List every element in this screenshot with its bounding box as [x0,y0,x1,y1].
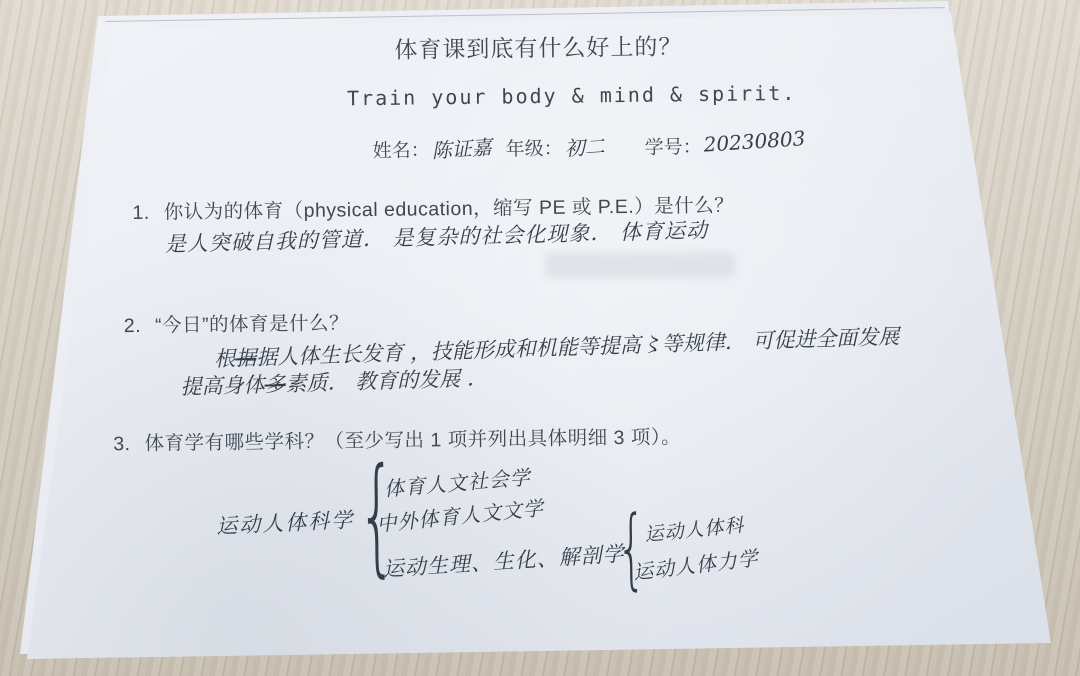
question-3-text: 体育学有哪些学科？（至少写出 1 项并列出具体明细 3 项）。 [144,426,681,455]
question-2-text: “今日”的体育是什么？ [155,312,349,336]
worksheet-content: 体育课到底有什么好上的？ Train your body & mind & sp… [0,0,1080,676]
diagram-branch1-item: 运动生理、生化、解剖学 [382,538,625,584]
student-info-row: 姓名： 陈证嘉 年级： 初二 学号： 20230803 [372,131,819,163]
diagram-root-label: 运动人体科学 [216,504,355,540]
answer-2-line-2-prefix: 提高身体 [180,373,265,399]
diagram-branch2-item: 运动人体科 [643,510,745,547]
diagram-branch2-item: 运动人体力学 [631,542,760,586]
question-2: 2.“今日”的体育是什么？ [124,307,350,338]
worksheet-title: 体育课到底有什么好上的？ [394,28,682,65]
question-3-number: 3. [113,433,131,455]
question-1-number: 1. [132,202,150,224]
grade-label: 年级： [506,134,563,162]
answer-2-line-1-prefix: 根 [214,346,236,371]
grade-value: 初二 [564,130,606,162]
name-value: 陈证嘉 [431,131,493,164]
worksheet-subtitle: Train your body & mind & spirit. [347,81,797,110]
student-id-label: 学号： [645,132,702,160]
question-3: 3.体育学有哪些学科？（至少写出 1 项并列出具体明细 3 项）。 [113,421,681,456]
student-id-value: 20230803 [703,126,806,157]
answer-2-line-1-rest: 据人体生长发育 ，技能形成和机能等提高〻等规律． 可促进全面发展 [256,324,900,369]
question-2-number: 2. [124,315,142,337]
answer-2-line-1-struck-char: 据 [235,346,257,371]
name-label: 姓名： [372,135,429,163]
answer-2-line-2-rest: 素质． 教育的发展 ． [285,366,488,396]
answer-2-line-2-struck-char: 多 [264,372,286,397]
